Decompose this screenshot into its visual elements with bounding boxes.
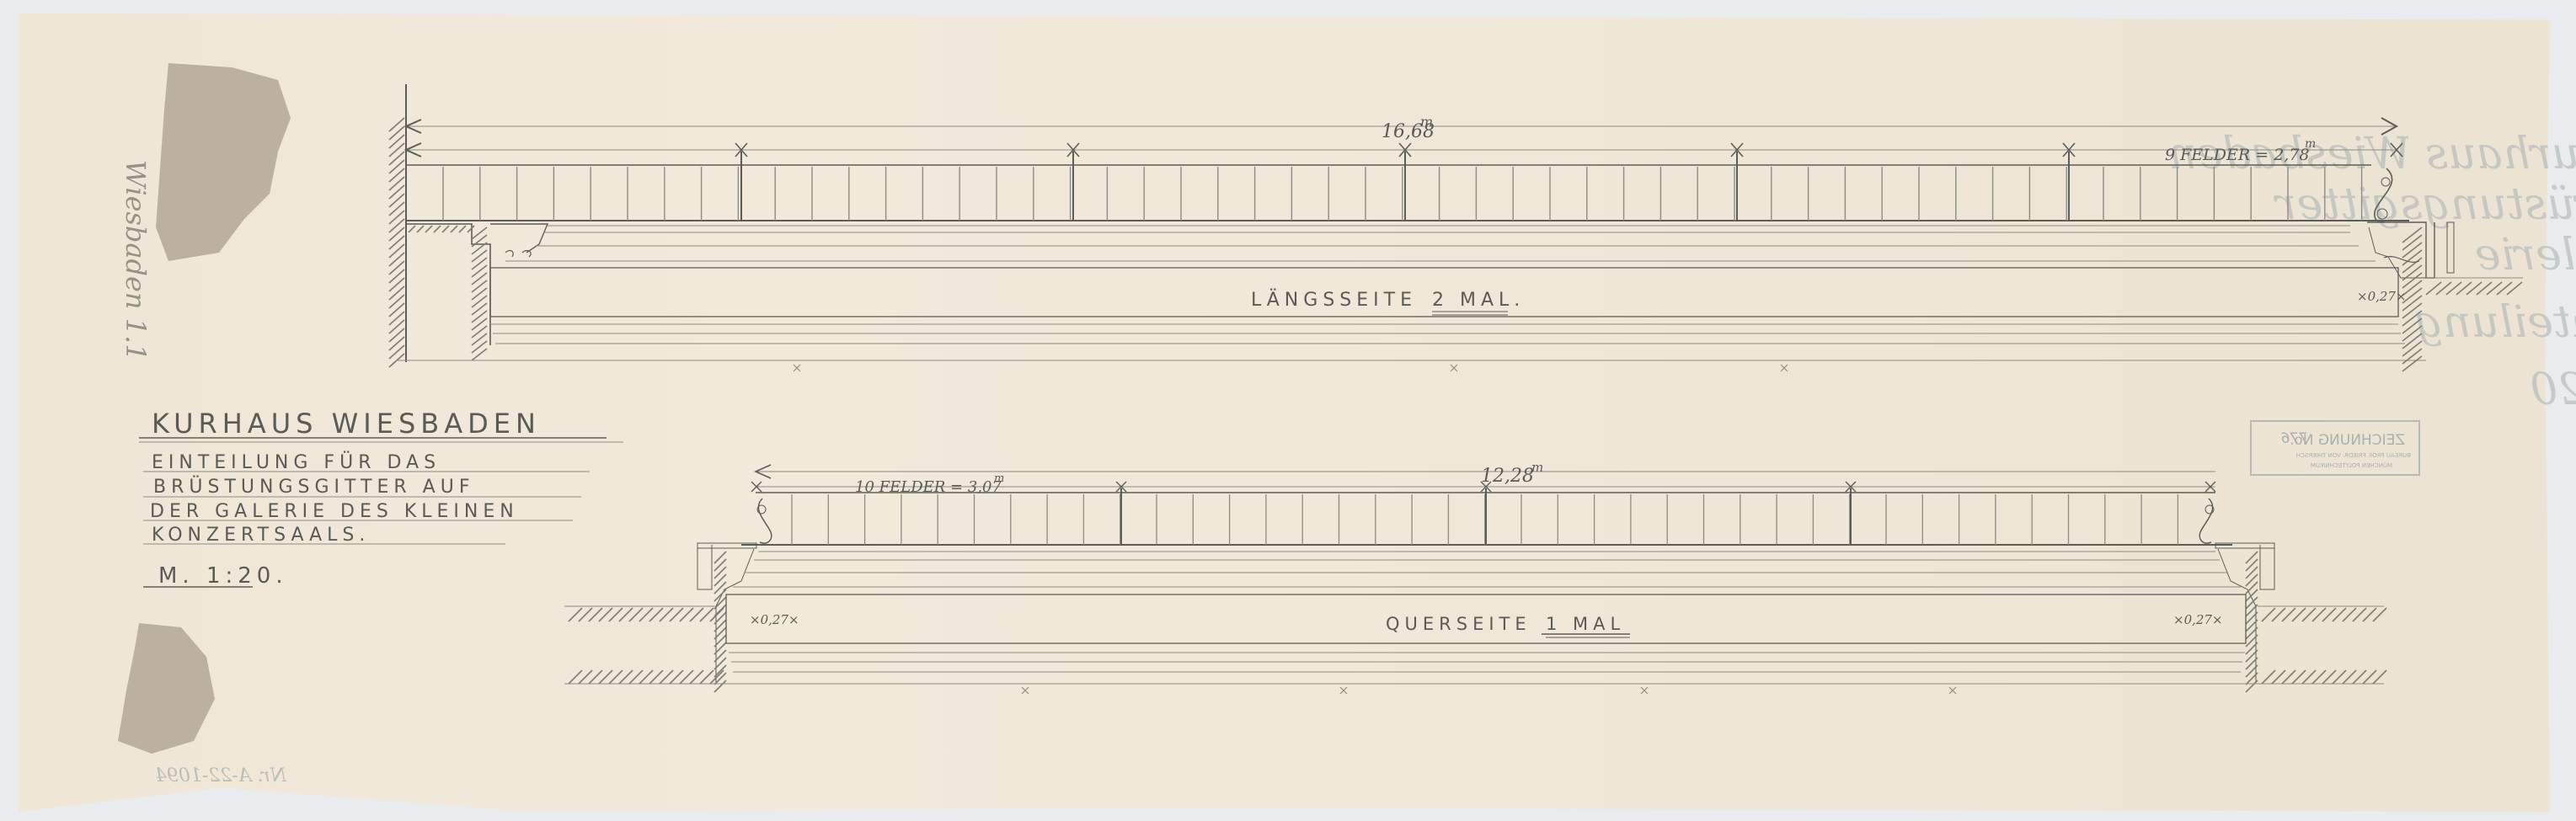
svg-text:Nr. A-22-1094: Nr. A-22-1094: [155, 765, 287, 786]
title-line-2: EINTEILUNG FÜR DAS: [152, 451, 441, 473]
architectural-drawing: Wiesbaden 1.1 Kurhaus Wiesbaden Brüstung…: [0, 0, 2576, 821]
cross-offset-left: ×0,27×: [750, 612, 799, 627]
svg-text:1:20: 1:20: [2530, 365, 2576, 415]
scale-label: M. 1:20.: [158, 563, 288, 589]
svg-text:m: m: [2305, 137, 2316, 151]
svg-text:776: 776: [2280, 430, 2308, 447]
svg-text:Galerie: Galerie: [2475, 230, 2576, 280]
title-line-3: BRÜSTUNGSGITTER AUF: [153, 476, 474, 498]
archive-note: Nr. A-22-1094: [155, 765, 287, 786]
cross-fields-note: 10 FELDER = 3,07: [855, 478, 1002, 496]
cross-side-label: QUERSEITE: [1386, 614, 1531, 634]
long-side-count: 2 MAL.: [1432, 290, 1525, 311]
cross-side-count: 1 MAL: [1546, 614, 1625, 634]
long-side-elevation: 16,68 m 9 FELDER = 2,78 m LÄNGSSEIT: [389, 84, 2523, 371]
cross-total-length: 12,28: [1481, 466, 1534, 487]
cross-side-elevation: 10 FELDER = 3,07 m 12,28 m: [564, 460, 2386, 694]
bleedthrough-script: Kurhaus Wiesbaden Brüstungsgitter Galeri…: [2168, 129, 2576, 415]
long-offset-dim: ×0,27×: [2357, 289, 2407, 304]
long-side-label: LÄNGSSEITE: [1251, 289, 1417, 311]
title-line-5: KONZERTSAALS.: [152, 525, 370, 546]
svg-text:Einteilung: Einteilung: [2415, 297, 2576, 348]
svg-text:MÜNCHEN POLYTECHNIKUM: MÜNCHEN POLYTECHNIKUM: [2311, 461, 2392, 469]
water-stain-top: [156, 63, 291, 261]
cross-offset-right: ×0,27×: [2173, 612, 2223, 627]
left-margin-note: Wiesbaden 1.1: [120, 160, 152, 361]
title-line-4: DER GALERIE DES KLEINEN: [150, 501, 519, 522]
water-stain-bottom: [118, 623, 215, 754]
svg-text:BUREAU PROF. FRIEDR. VON THIER: BUREAU PROF. FRIEDR. VON THIERSCH: [2296, 452, 2411, 459]
drawing-stamp: ZEICHNUNG No. 776 BUREAU PROF. FRIEDR. V…: [2251, 421, 2419, 475]
svg-text:m: m: [994, 472, 1004, 485]
title-block: KURHAUS WIESBADEN EINTEILUNG FÜR DAS BRÜ…: [139, 408, 623, 589]
svg-text:m: m: [1420, 114, 1433, 130]
svg-text:m: m: [1531, 460, 1543, 475]
title-line-1: KURHAUS WIESBADEN: [152, 408, 541, 440]
long-fields-note: 9 FELDER = 2,78: [2165, 146, 2310, 164]
